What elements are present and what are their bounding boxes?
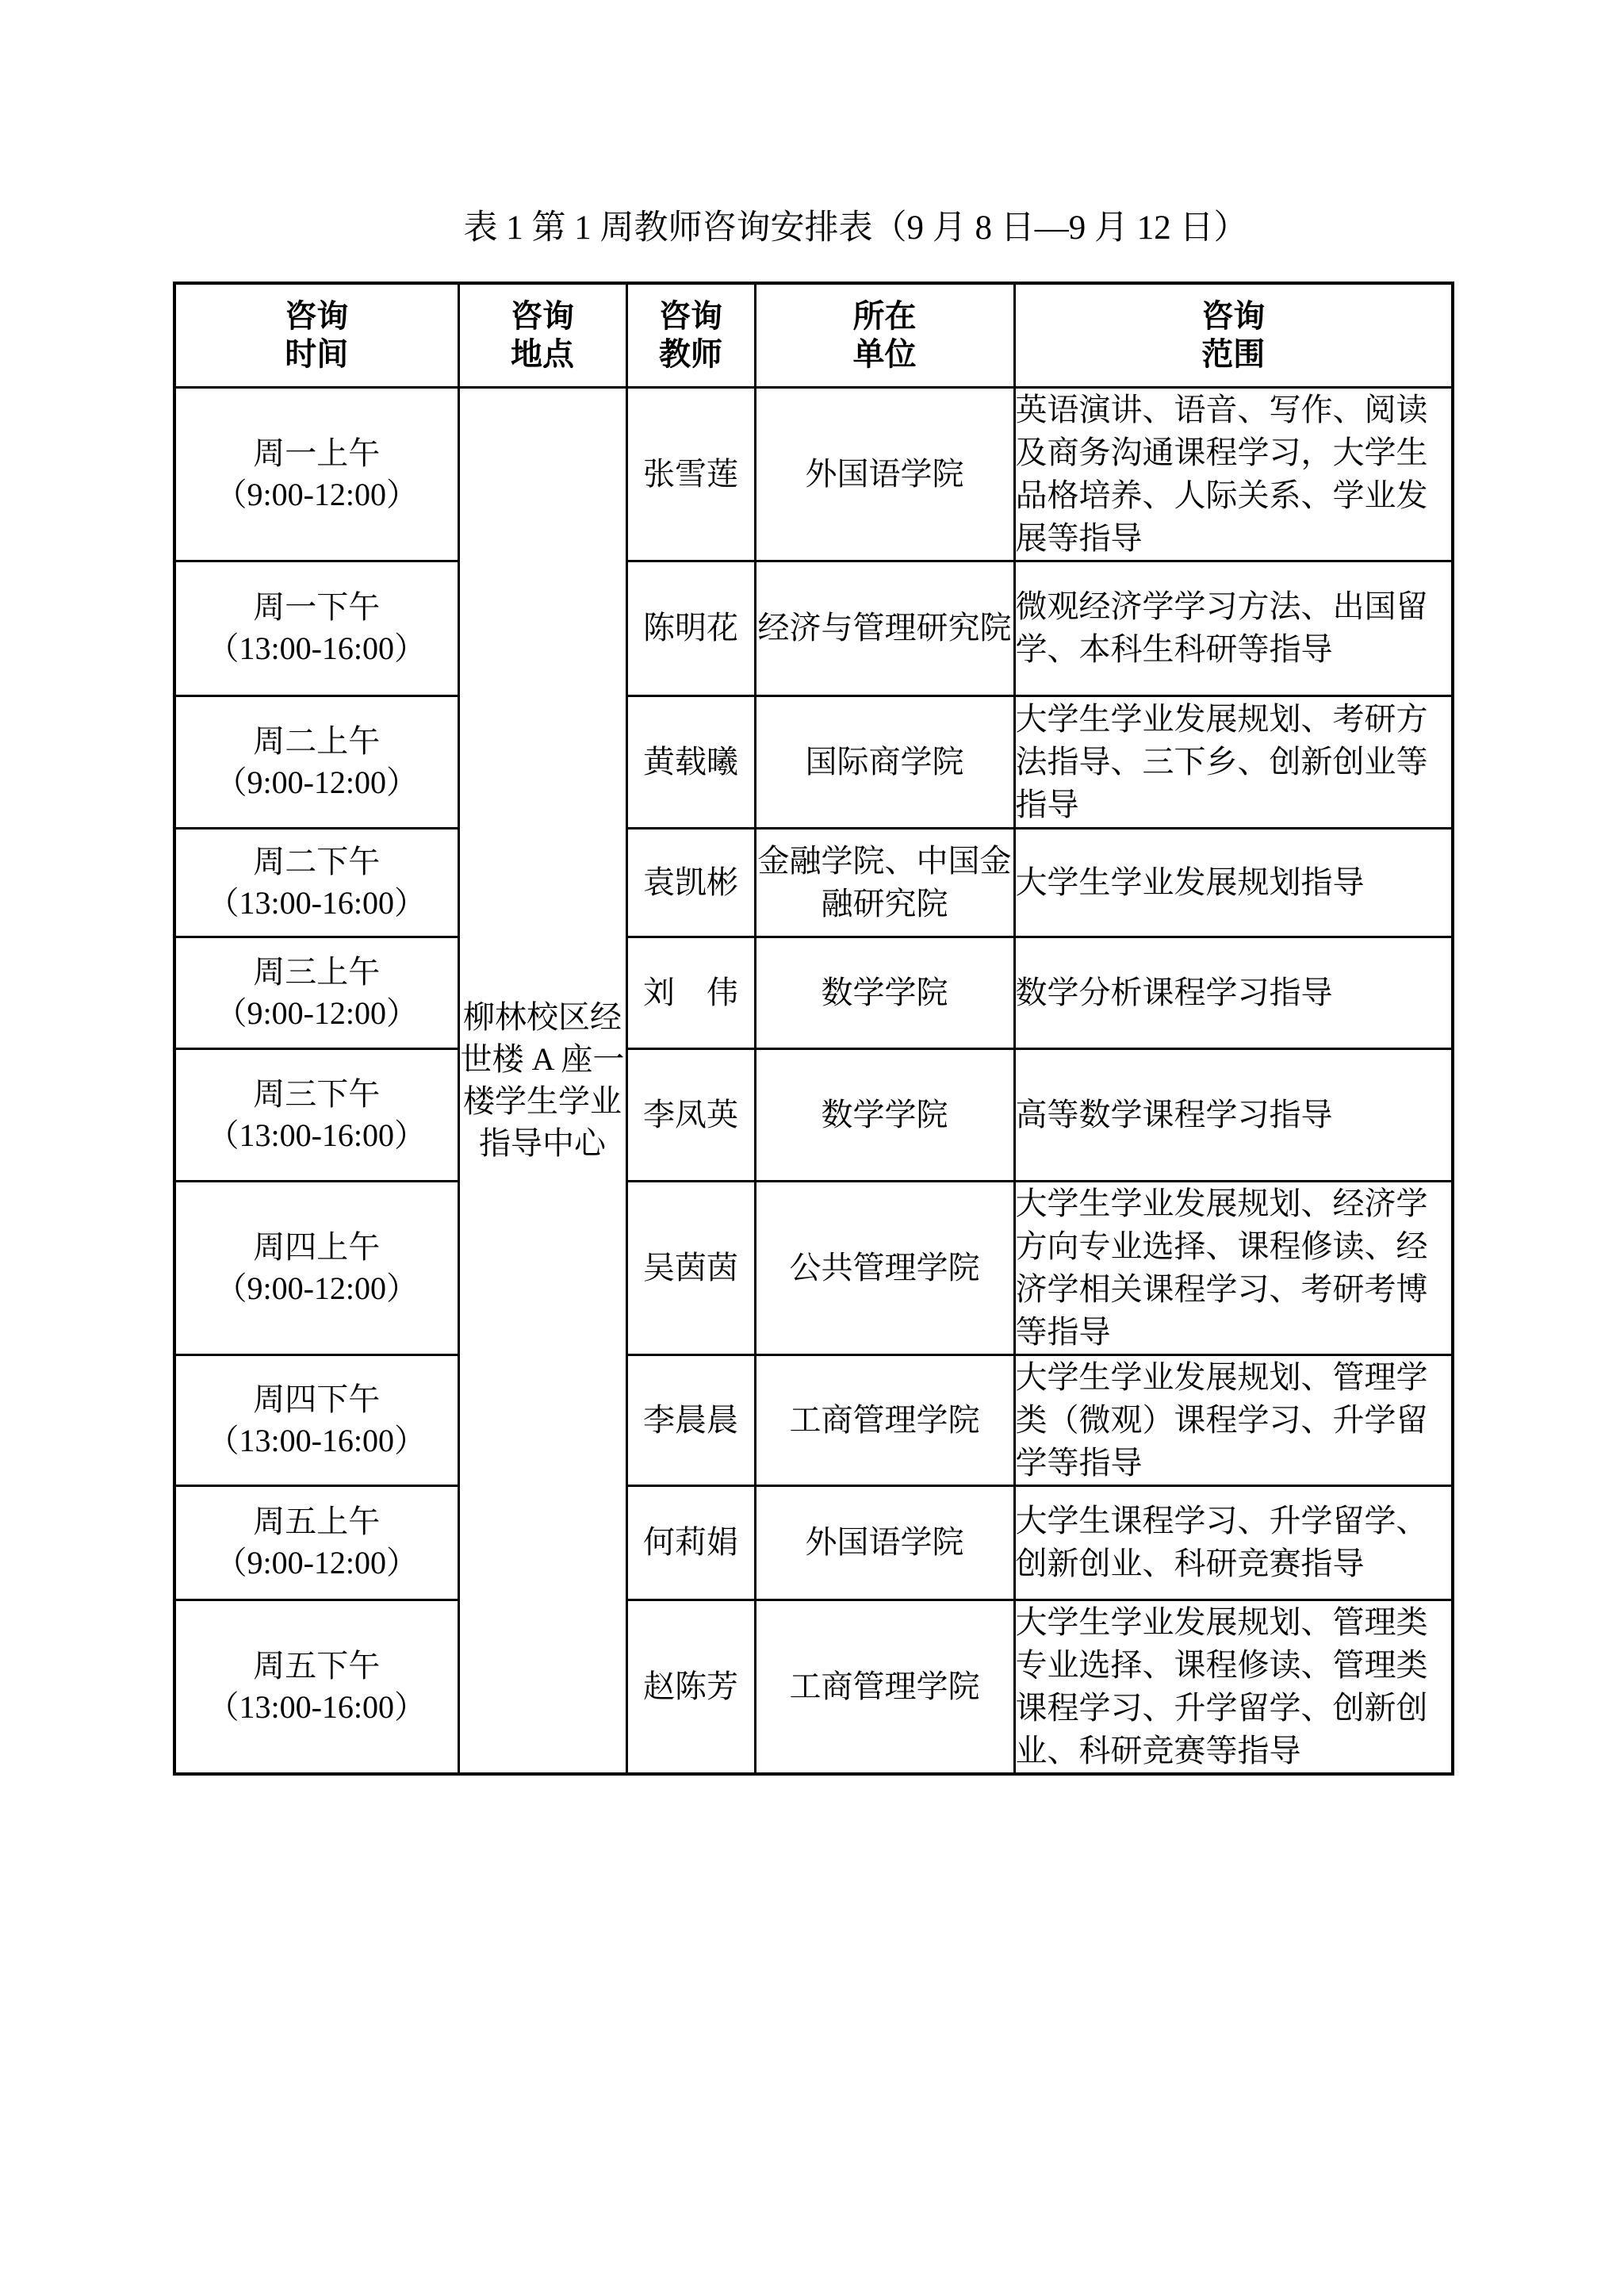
teacher-cell: 陈明花 xyxy=(626,561,755,695)
header-location: 咨询 地点 xyxy=(458,283,626,387)
location-cell: 柳林校区经世楼 A 座一楼学生学业指导中心 xyxy=(458,387,626,1774)
table-row: 周五上午 （9:00-12:00） 何莉娟 外国语学院 大学生课程学习、升学留学… xyxy=(174,1485,1453,1600)
unit-cell: 金融学院、中国金融研究院 xyxy=(755,828,1014,937)
teacher-cell: 袁凯彬 xyxy=(626,828,755,937)
scope-cell: 高等数学课程学习指导 xyxy=(1014,1048,1453,1181)
header-time: 咨询 时间 xyxy=(174,283,458,387)
time-cell: 周二上午 （9:00-12:00） xyxy=(174,695,458,828)
scope-cell: 大学生学业发展规划、管理类专业选择、课程修读、管理类课程学习、升学留学、创新创业… xyxy=(1014,1600,1453,1774)
time-cell: 周二下午 （13:00-16:00） xyxy=(174,828,458,937)
teacher-cell: 张雪莲 xyxy=(626,387,755,561)
table-row: 周二下午 （13:00-16:00） 袁凯彬 金融学院、中国金融研究院 大学生学… xyxy=(174,828,1453,937)
teacher-cell: 赵陈芳 xyxy=(626,1600,755,1774)
unit-cell: 经济与管理研究院 xyxy=(755,561,1014,695)
time-cell: 周一下午 （13:00-16:00） xyxy=(174,561,458,695)
table-row: 周一上午 （9:00-12:00） 柳林校区经世楼 A 座一楼学生学业指导中心 … xyxy=(174,387,1453,561)
header-teacher: 咨询 教师 xyxy=(626,283,755,387)
document-page: 表 1 第 1 周教师咨询安排表（9 月 8 日—9 月 12 日） 咨询 时间… xyxy=(0,0,1624,2295)
time-cell: 周五上午 （9:00-12:00） xyxy=(174,1485,458,1600)
unit-cell: 数学学院 xyxy=(755,1048,1014,1181)
table-row: 周五下午 （13:00-16:00） 赵陈芳 工商管理学院 大学生学业发展规划、… xyxy=(174,1600,1453,1774)
teacher-cell: 李凤英 xyxy=(626,1048,755,1181)
table-row: 周三上午 （9:00-12:00） 刘 伟 数学学院 数学分析课程学习指导 xyxy=(174,937,1453,1048)
unit-cell: 公共管理学院 xyxy=(755,1181,1014,1354)
consultation-table: 咨询 时间 咨询 地点 咨询 教师 所在 单位 咨询 范围 周一上午 （9:00… xyxy=(173,282,1454,1776)
unit-cell: 工商管理学院 xyxy=(755,1600,1014,1774)
scope-cell: 英语演讲、语音、写作、阅读及商务沟通课程学习，大学生品格培养、人际关系、学业发展… xyxy=(1014,387,1453,561)
table-row: 周四上午 （9:00-12:00） 吴茵茵 公共管理学院 大学生学业发展规划、经… xyxy=(174,1181,1453,1354)
unit-cell: 数学学院 xyxy=(755,937,1014,1048)
unit-cell: 工商管理学院 xyxy=(755,1354,1014,1485)
time-cell: 周五下午 （13:00-16:00） xyxy=(174,1600,458,1774)
scope-cell: 微观经济学学习方法、出国留学、本科生科研等指导 xyxy=(1014,561,1453,695)
scope-cell: 大学生学业发展规划指导 xyxy=(1014,828,1453,937)
scope-cell: 大学生学业发展规划、考研方法指导、三下乡、创新创业等指导 xyxy=(1014,695,1453,828)
scope-cell: 数学分析课程学习指导 xyxy=(1014,937,1453,1048)
time-cell: 周三下午 （13:00-16:00） xyxy=(174,1048,458,1181)
time-cell: 周三上午 （9:00-12:00） xyxy=(174,937,458,1048)
teacher-cell: 黄载曦 xyxy=(626,695,755,828)
header-scope: 咨询 范围 xyxy=(1014,283,1453,387)
teacher-cell: 吴茵茵 xyxy=(626,1181,755,1354)
table-row: 周二上午 （9:00-12:00） 黄载曦 国际商学院 大学生学业发展规划、考研… xyxy=(174,695,1453,828)
header-row: 咨询 时间 咨询 地点 咨询 教师 所在 单位 咨询 范围 xyxy=(174,283,1453,387)
table-row: 周三下午 （13:00-16:00） 李凤英 数学学院 高等数学课程学习指导 xyxy=(174,1048,1453,1181)
table-row: 周一下午 （13:00-16:00） 陈明花 经济与管理研究院 微观经济学学习方… xyxy=(174,561,1453,695)
scope-cell: 大学生学业发展规划、经济学方向专业选择、课程修读、经济学相关课程学习、考研考博等… xyxy=(1014,1181,1453,1354)
unit-cell: 外国语学院 xyxy=(755,387,1014,561)
table-row: 周四下午 （13:00-16:00） 李晨晨 工商管理学院 大学生学业发展规划、… xyxy=(174,1354,1453,1485)
header-unit: 所在 单位 xyxy=(755,283,1014,387)
teacher-cell: 刘 伟 xyxy=(626,937,755,1048)
teacher-cell: 何莉娟 xyxy=(626,1485,755,1600)
time-cell: 周四下午 （13:00-16:00） xyxy=(174,1354,458,1485)
unit-cell: 国际商学院 xyxy=(755,695,1014,828)
scope-cell: 大学生课程学习、升学留学、创新创业、科研竞赛指导 xyxy=(1014,1485,1453,1600)
teacher-cell: 李晨晨 xyxy=(626,1354,755,1485)
page-title: 表 1 第 1 周教师咨询安排表（9 月 8 日—9 月 12 日） xyxy=(44,208,1624,249)
scope-cell: 大学生学业发展规划、管理学类（微观）课程学习、升学留学等指导 xyxy=(1014,1354,1453,1485)
time-cell: 周一上午 （9:00-12:00） xyxy=(174,387,458,561)
unit-cell: 外国语学院 xyxy=(755,1485,1014,1600)
time-cell: 周四上午 （9:00-12:00） xyxy=(174,1181,458,1354)
